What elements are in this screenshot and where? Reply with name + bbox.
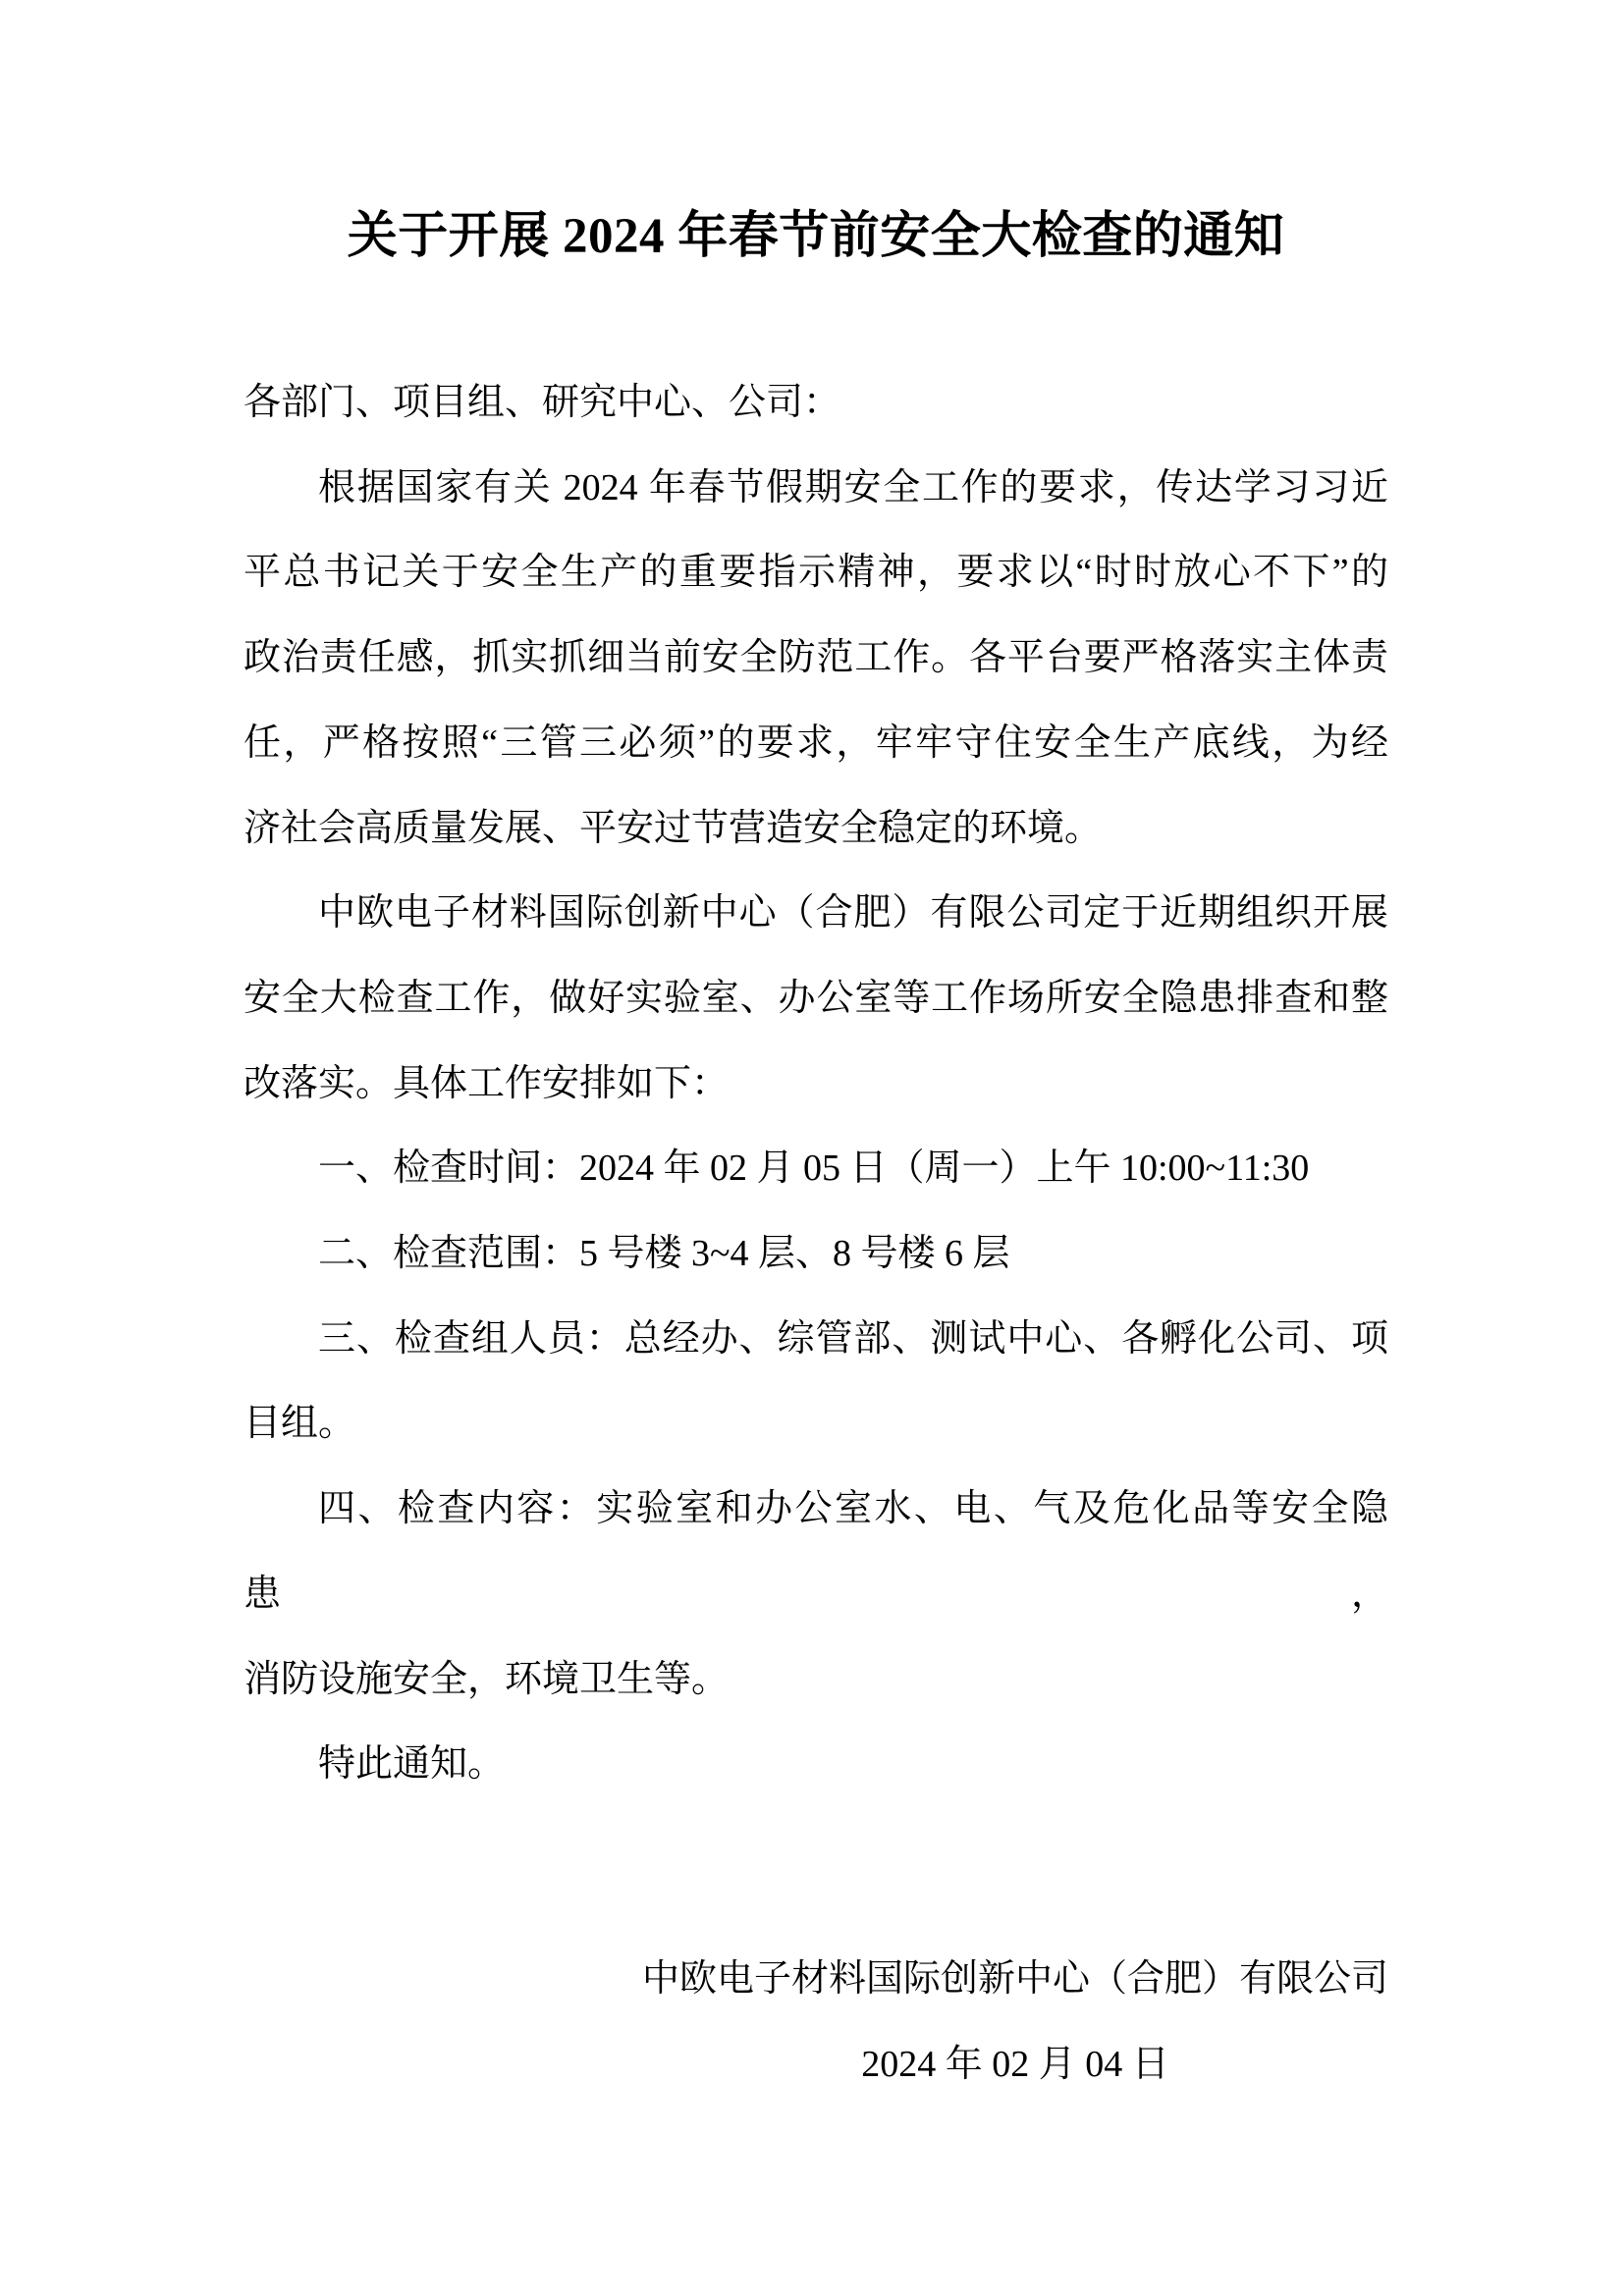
body-line: 任，严格按照“三管三必须”的要求，牢牢守住安全生产底线，为经 xyxy=(244,701,1388,786)
item-3-continuation-line: 目组。 xyxy=(244,1381,1388,1467)
page-title: 关于开展 2024 年春节前安全大检查的通知 xyxy=(244,201,1388,272)
body-line: 政治责任感，抓实抓细当前安全防范工作。各平台要严格落实主体责 xyxy=(244,615,1388,701)
signature-block: 中欧电子材料国际创新中心（合肥）有限公司 2024 年 02 月 04 日 xyxy=(244,1937,1388,2107)
body-line: 中欧电子材料国际创新中心（合肥）有限公司定于近期组织开展 xyxy=(244,871,1388,956)
item-1-line: 一、检查时间：2024 年 02 月 05 日（周一）上午 10:00~11:3… xyxy=(244,1126,1388,1211)
item-4-continuation-line: 消防设施安全，环境卫生等。 xyxy=(244,1637,1388,1723)
closing-line: 特此通知。 xyxy=(244,1722,1388,1807)
document-body: 各部门、项目组、研究中心、公司： 根据国家有关 2024 年春节假期安全工作的要… xyxy=(244,360,1388,1807)
signature-inner: 中欧电子材料国际创新中心（合肥）有限公司 2024 年 02 月 04 日 xyxy=(642,1937,1388,2107)
body-line: 平总书记关于安全生产的重要指示精神，要求以“时时放心不下”的 xyxy=(244,530,1388,615)
signature-company: 中欧电子材料国际创新中心（合肥）有限公司 xyxy=(642,1937,1388,2022)
item-4-line: 四、检查内容：实验室和办公室水、电、气及危化品等安全隐患， xyxy=(244,1467,1388,1636)
body-line: 改落实。具体工作安排如下： xyxy=(244,1041,1388,1127)
body-line: 济社会高质量发展、平安过节营造安全稳定的环境。 xyxy=(244,786,1388,872)
body-line: 根据国家有关 2024 年春节假期安全工作的要求，传达学习习近 xyxy=(244,446,1388,531)
document-page: 关于开展 2024 年春节前安全大检查的通知 各部门、项目组、研究中心、公司： … xyxy=(0,0,1624,2296)
document-content: 关于开展 2024 年春节前安全大检查的通知 各部门、项目组、研究中心、公司： … xyxy=(244,201,1388,2107)
salutation-line: 各部门、项目组、研究中心、公司： xyxy=(244,360,1388,446)
signature-date: 2024 年 02 月 04 日 xyxy=(642,2022,1388,2108)
body-line: 安全大检查工作，做好实验室、办公室等工作场所安全隐患排查和整 xyxy=(244,956,1388,1041)
item-2-line: 二、检查范围：5 号楼 3~4 层、8 号楼 6 层 xyxy=(244,1211,1388,1297)
item-3-line: 三、检查组人员：总经办、综管部、测试中心、各孵化公司、项 xyxy=(244,1297,1388,1382)
